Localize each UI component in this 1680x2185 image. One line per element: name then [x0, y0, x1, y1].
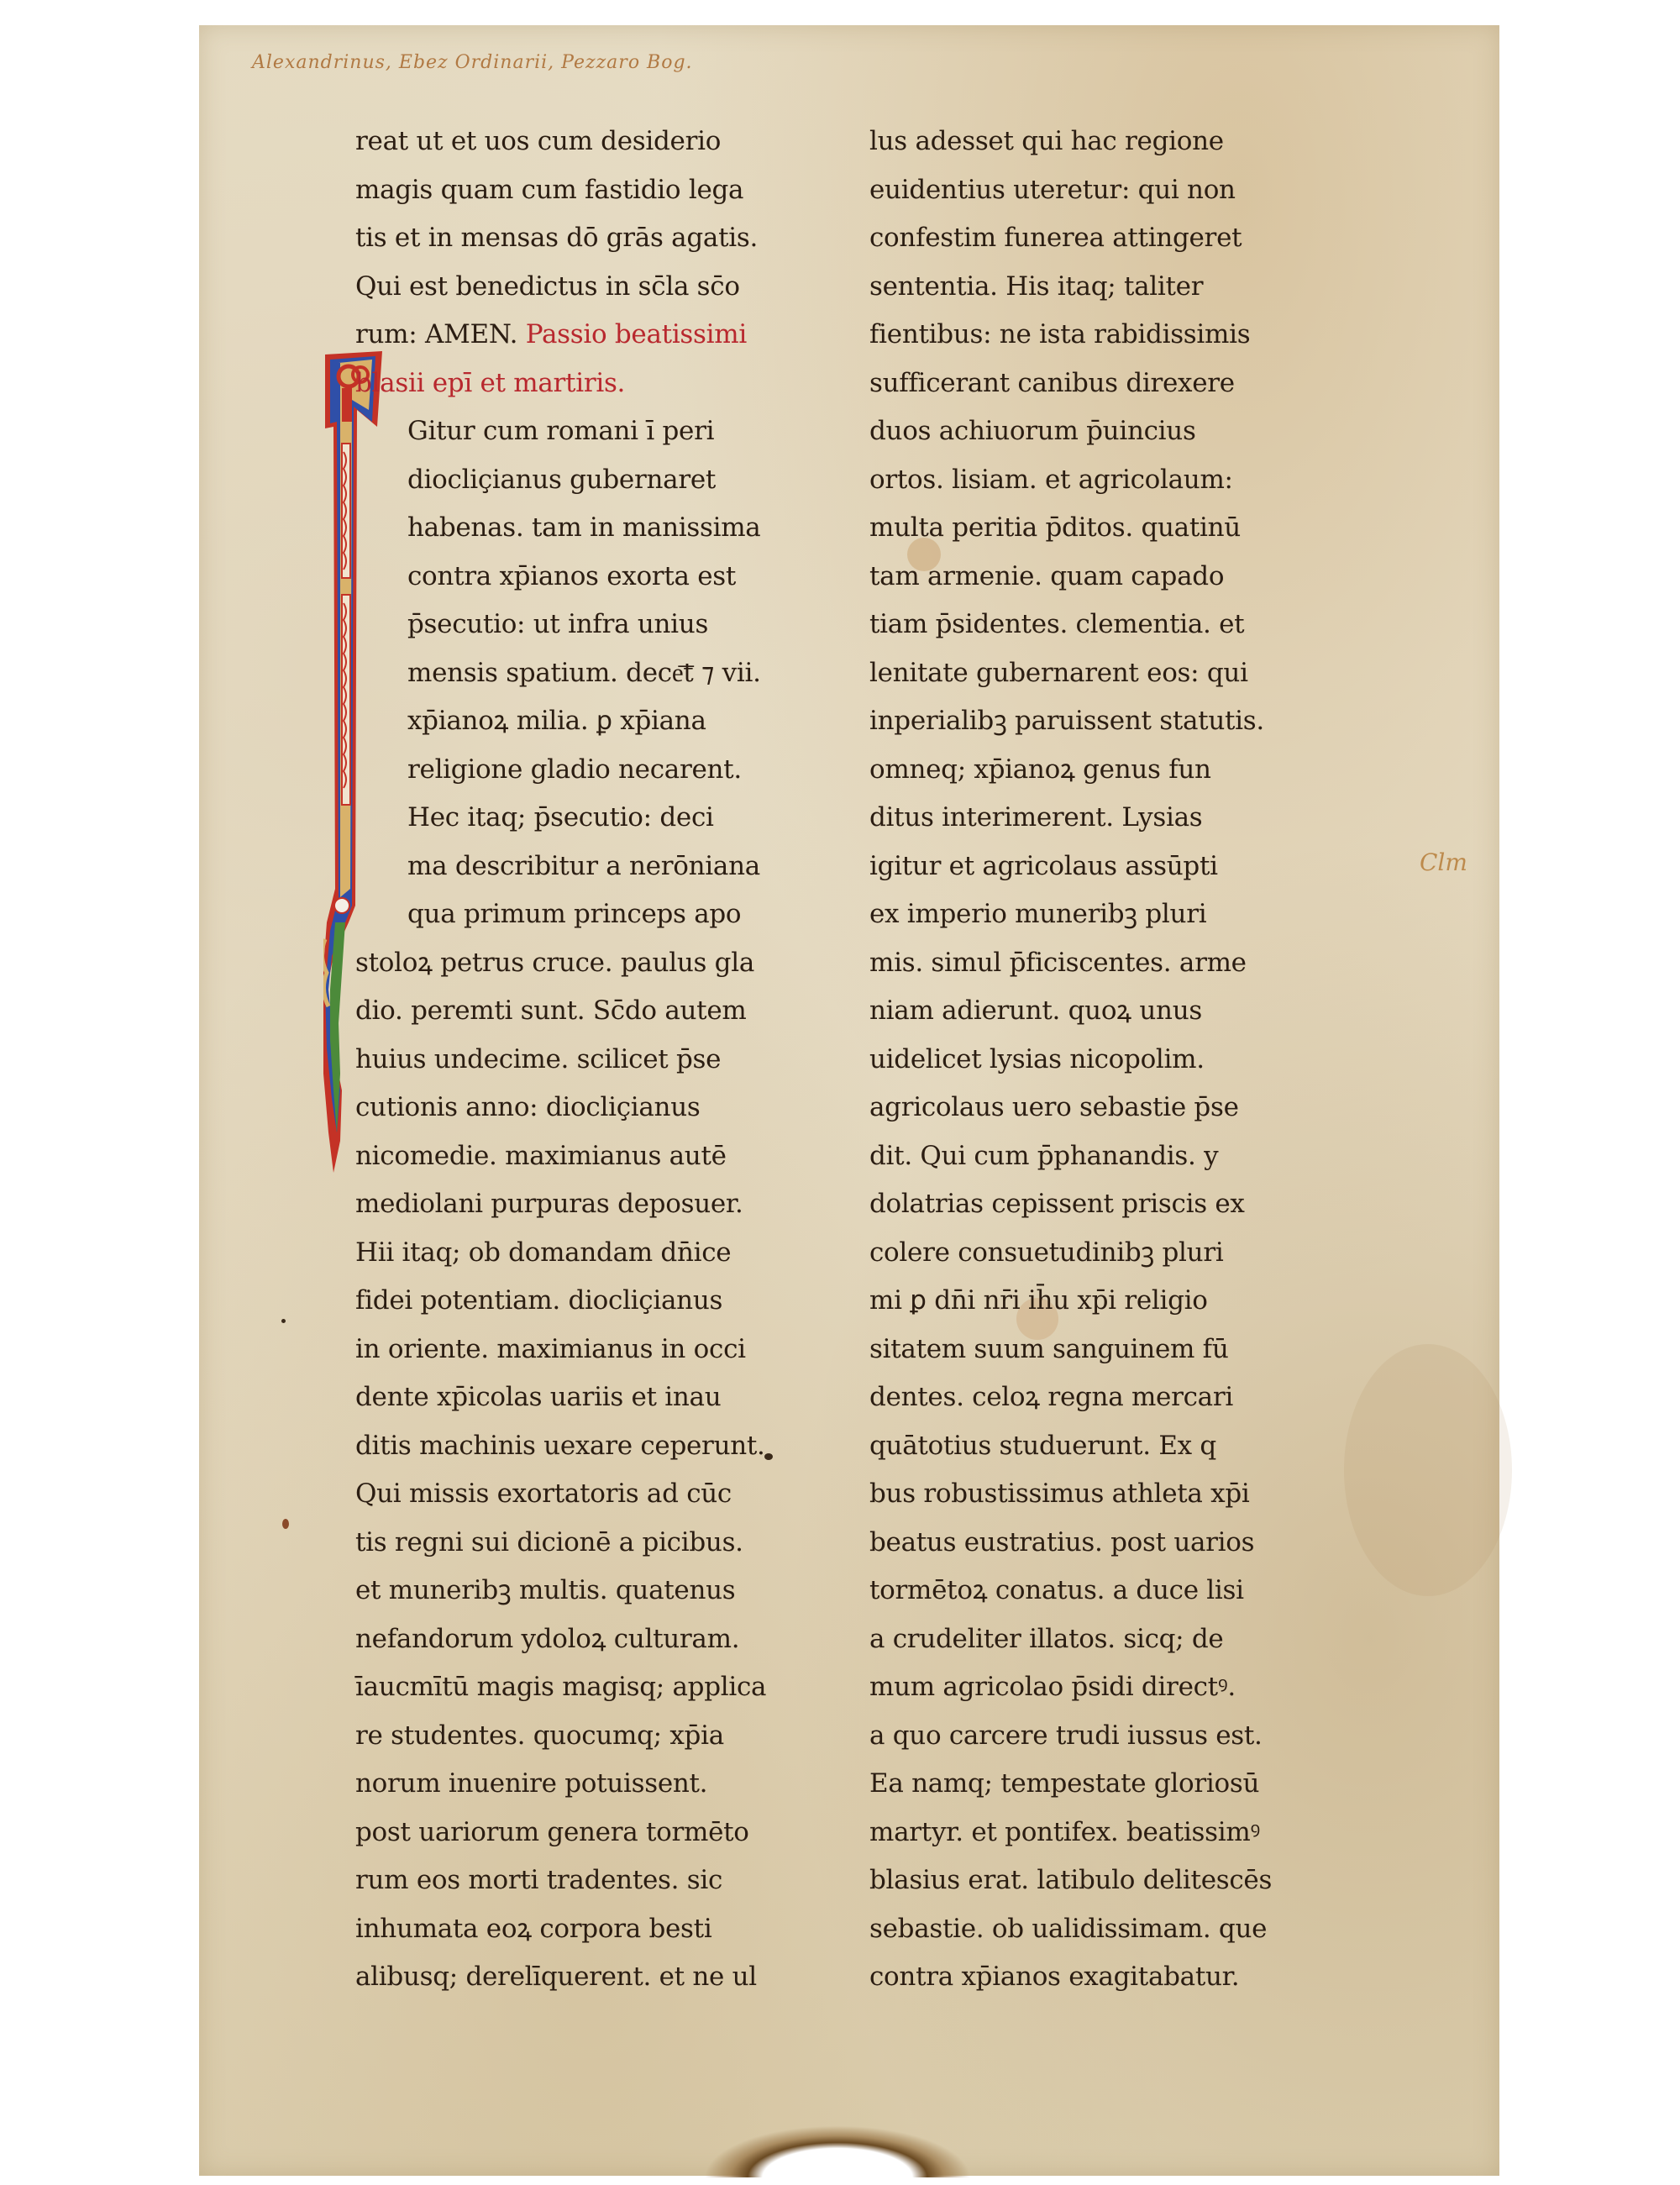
- top-margin-annotation: Alexandrinus, Ebez Ordinarii, Pezzaro Bo…: [252, 52, 693, 73]
- text-line: Hii itaq; ob domandam dn̄ice: [355, 1229, 775, 1278]
- text-line: blasius erat. latibulo delitescēs: [869, 1857, 1323, 1905]
- text-line: mis. simul p̄ficiscentes. arme: [869, 939, 1323, 988]
- text-line: ortos. lisiam. et agricolaum:: [869, 456, 1323, 505]
- text-line: īaucmītū magis magisq; applica: [355, 1663, 775, 1712]
- text-line: inhumata eoꝝ corpora besti: [355, 1905, 775, 1954]
- text-line: rum eos morti tradentes. sic: [355, 1857, 775, 1905]
- text-line: in oriente. maximianus in occi: [355, 1326, 775, 1374]
- prick-mark: [282, 1519, 289, 1529]
- text-line: martyr. et pontifex. beatissimꝰ: [869, 1809, 1323, 1857]
- text-line: a quo carcere trudi iussus est.: [869, 1712, 1323, 1761]
- text-line: mum agricolao p̄sidi directꝰ.: [869, 1663, 1323, 1712]
- text-line: duos achiuorum p̄uincius: [869, 407, 1323, 456]
- text-line-with-rubric: rum: AMEN. Passio beatissimi: [355, 311, 775, 360]
- text-line: beatus eustratius. post uarios: [869, 1519, 1323, 1568]
- text-line: lenitate gubernarent eos: qui: [869, 649, 1323, 698]
- right-margin-note: Clm: [1420, 848, 1467, 876]
- text-line: alibusq; derelīquerent. et ne ul: [355, 1953, 775, 2002]
- text-line: cutionis anno: diocliçianus: [355, 1084, 775, 1132]
- text-line: ma describitur a nerōniana: [355, 843, 775, 891]
- text-line: igitur et agricolaus assūpti: [869, 843, 1323, 891]
- text-line: euidentius uteretur: qui non: [869, 166, 1323, 215]
- text-line: p̄secutio: ut infra unius: [355, 601, 775, 649]
- text-line: stoloꝝ petrus cruce. paulus gla: [355, 939, 775, 988]
- text-line: tam armenie. quam capado: [869, 553, 1323, 601]
- text-line: Qui est benedictus in sc̄la sc̄o: [355, 263, 775, 312]
- text-line: contra xp̄ianos exagitabatur.: [869, 1953, 1323, 2002]
- text-line: fientibus: ne ista rabidissimis: [869, 311, 1323, 360]
- text-line: Gitur cum romani ī peri: [355, 407, 775, 456]
- text-line: huius undecime. scilicet p̄se: [355, 1036, 775, 1085]
- text-line: colere consuetudinibꝫ pluri: [869, 1229, 1323, 1278]
- text-line: diocliçianus gubernaret: [355, 456, 775, 505]
- text-line: mensis spatium. dece͞t ⁊ vii.: [355, 649, 775, 698]
- text-line: et muneribꝫ multis. quatenus: [355, 1567, 775, 1615]
- text-line: ex imperio muneribꝫ pluri: [869, 890, 1323, 939]
- text-line: norum inuenire potuissent.: [355, 1760, 775, 1809]
- text-line: re studentes. quocumq; xp̄ia: [355, 1712, 775, 1761]
- text-line: sitatem suum sanguinem fū: [869, 1326, 1323, 1374]
- text-line: agricolaus uero sebastie p̄se: [869, 1084, 1323, 1132]
- text-line: tormētoꝝ conatus. a duce lisi: [869, 1567, 1323, 1615]
- text-line: multa peritia p̄ditos. quatinū: [869, 504, 1323, 553]
- text-line: Hec itaq; p̄secutio: deci: [355, 794, 775, 843]
- text-line: quātotius studuerunt. Ex q: [869, 1422, 1323, 1471]
- text-line: tis regni sui dicionē a picibus.: [355, 1519, 775, 1568]
- text-line: reat ut et uos cum desiderio: [355, 118, 775, 166]
- text-line: dio. peremti sunt. Sc̄do autem: [355, 987, 775, 1036]
- text-line: sebastie. ob ualidissimam. que: [869, 1905, 1323, 1954]
- text-line: nicomedie. maximianus autē: [355, 1132, 775, 1181]
- left-text-column: reat ut et uos cum desiderio magis quam …: [355, 118, 775, 2002]
- text-line: confestim funerea attingeret: [869, 214, 1323, 263]
- text-line: lus adesset qui hac regione: [869, 118, 1323, 166]
- prick-mark: [281, 1319, 286, 1323]
- rubric-title: Passio beatissimi: [517, 319, 747, 349]
- text-line: Qui missis exortatoris ad cūc: [355, 1470, 775, 1519]
- text-line: dentes. celoꝝ regna mercari: [869, 1374, 1323, 1422]
- text-line: bus robustissimus athleta xp̄i: [869, 1470, 1323, 1519]
- text-line: uidelicet lysias nicopolim.: [869, 1036, 1323, 1085]
- text-line: contra xp̄ianos exorta est: [355, 553, 775, 601]
- stain-spot: [1344, 1344, 1512, 1596]
- text-line: sententia. His itaq; taliter: [869, 263, 1323, 312]
- right-text-column: lus adesset qui hac regione euidentius u…: [869, 118, 1323, 2002]
- text-line: mediolani purpuras deposuer.: [355, 1180, 775, 1229]
- text-line: dolatrias cepissent priscis ex: [869, 1180, 1323, 1229]
- text-line: tis et in mensas dō grās agatis.: [355, 214, 775, 263]
- text-line: habenas. tam in manissima: [355, 504, 775, 553]
- text-line: magis quam cum fastidio lega: [355, 166, 775, 215]
- rubric-title: blasii epī et martiris.: [355, 360, 775, 408]
- text-line: dente xp̄icolas uariis et inau: [355, 1374, 775, 1422]
- text-line: nefandorum ydoloꝝ culturam.: [355, 1615, 775, 1664]
- text-line: Ea namq; tempestate gloriosū: [869, 1760, 1323, 1809]
- text-line: mi ꝑ dn̄i nr̄i ih̄u xp̄i religio: [869, 1277, 1323, 1326]
- text-line: rum: AMEN.: [355, 319, 517, 349]
- text-line: niam adierunt. quoꝝ unus: [869, 987, 1323, 1036]
- text-line: ditus interimerent. Lysias: [869, 794, 1323, 843]
- text-line: dit. Qui cum p̄phanandis. y: [869, 1132, 1323, 1181]
- text-line: tiam p̄sidentes. clementia. et: [869, 601, 1323, 649]
- text-line: qua primum princeps apo: [355, 890, 775, 939]
- text-line: a crudeliter illatos. sicq; de: [869, 1615, 1323, 1664]
- text-line: ditis machinis uexare ceperunt.: [355, 1422, 775, 1471]
- text-line: inperialibꝫ paruissent statutis.: [869, 697, 1323, 746]
- text-line: post uariorum genera tormēto: [355, 1809, 775, 1857]
- text-line: fidei potentiam. diocliçianus: [355, 1277, 775, 1326]
- text-line: sufficerant canibus direxere: [869, 360, 1323, 408]
- text-line: religione gladio necarent.: [355, 746, 775, 795]
- text-line: omneq; xp̄ianoꝝ genus fun: [869, 746, 1323, 795]
- text-line: xp̄ianoꝝ milia. ꝑ xp̄iana: [355, 697, 775, 746]
